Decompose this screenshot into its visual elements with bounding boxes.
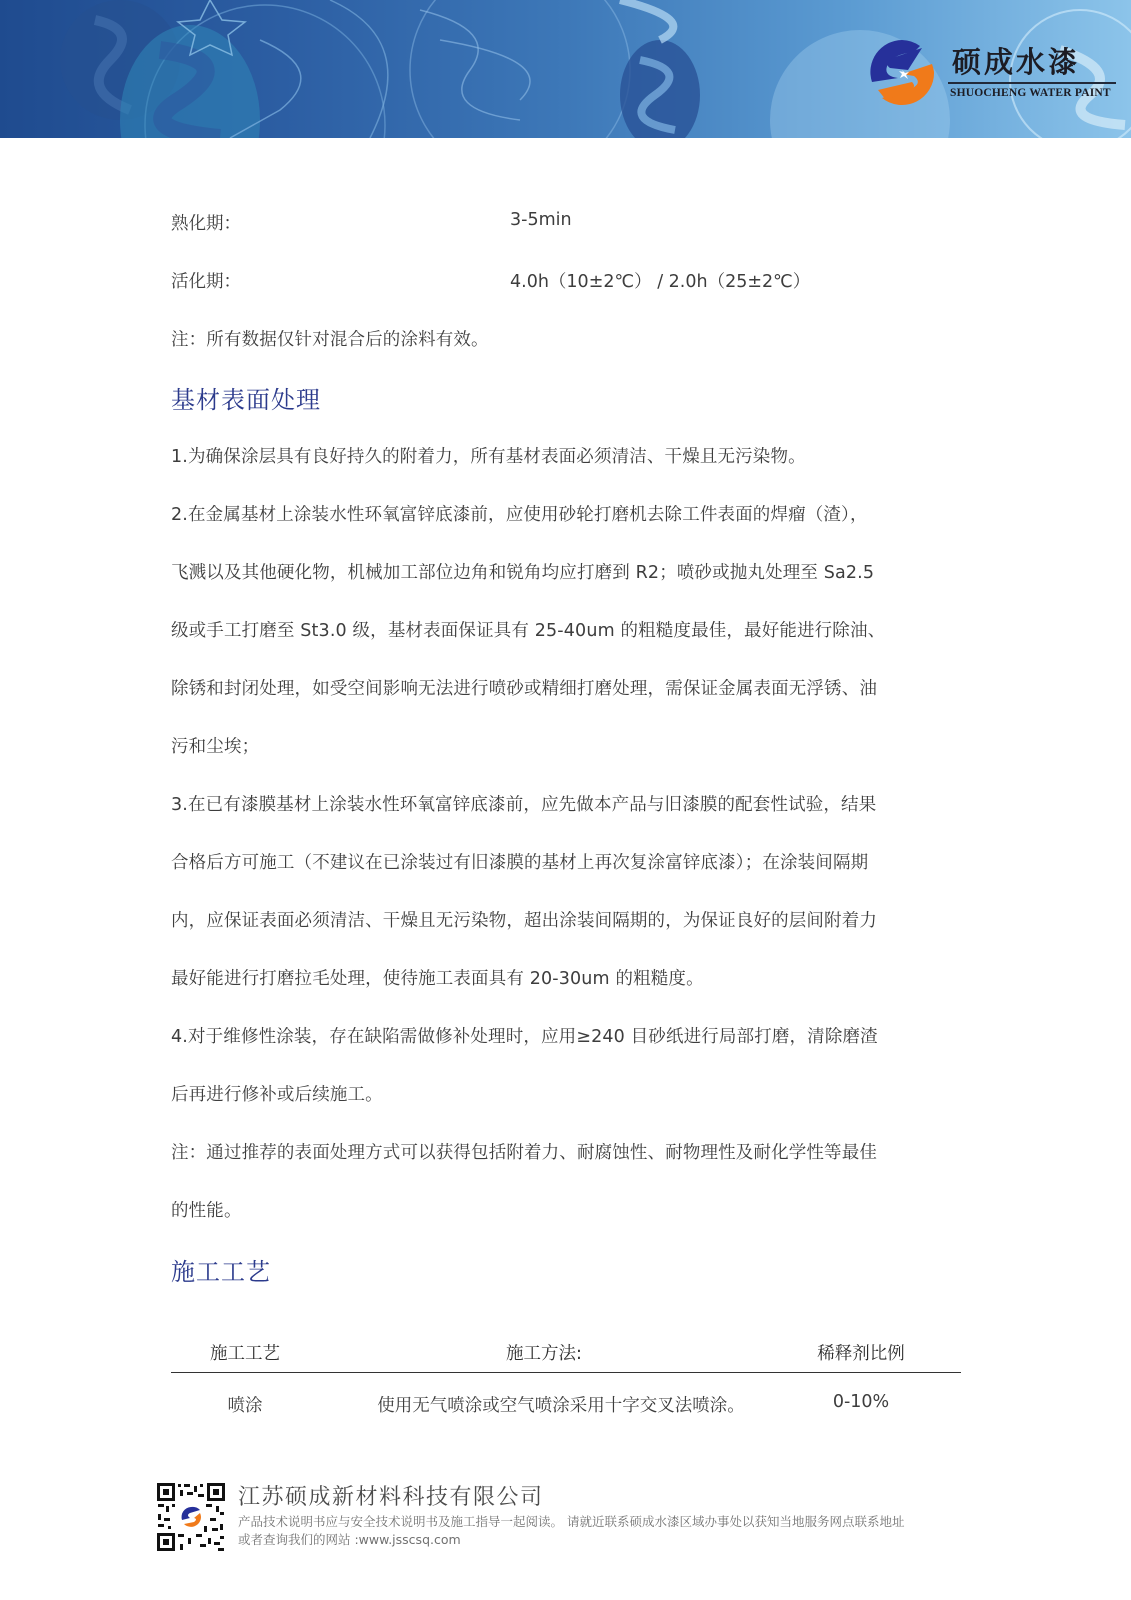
table-cell: 使用无气喷涂或空气喷涂采用十字交叉法喷涂。	[377, 1392, 745, 1417]
spec-label: 熟化期：	[171, 210, 241, 235]
logo-divider	[948, 82, 1116, 84]
brand-logo: 硕成水漆 SHUOCHENG WATER PAINT	[868, 36, 1118, 112]
table-header-cell: 稀释剂比例	[817, 1340, 905, 1365]
paragraph-line: 4.对于维修性涂装，存在缺陷需做修补处理时，应用≥240 目砂纸进行局部打磨，清…	[171, 1023, 878, 1048]
spec-value: 3-5min	[510, 210, 572, 230]
table-header-cell: 施工工艺	[210, 1340, 280, 1365]
paragraph-line: 3.在已有漆膜基材上涂装水性环氧富锌底漆前，应先做本产品与旧漆膜的配套性试验，结…	[171, 791, 876, 816]
section-title-construction: 施工工艺	[171, 1252, 271, 1287]
table-row: 喷涂 使用无气喷涂或空气喷涂采用十字交叉法喷涂。 0-10%	[171, 1392, 961, 1422]
shuocheng-logo-icon	[868, 38, 936, 106]
footer-website-link[interactable]: 或者查询我们的网站 :www.jsscsq.com	[238, 1530, 461, 1548]
header-banner: 硕成水漆 SHUOCHENG WATER PAINT	[0, 0, 1131, 138]
paragraph-line: 2.在金属基材上涂装水性环氧富锌底漆前，应使用砂轮打磨机去除工件表面的焊瘤（渣）…	[171, 501, 868, 526]
section-title-surface-treatment: 基材表面处理	[171, 380, 321, 415]
specs-note: 注：所有数据仅针对混合后的涂料有效。	[171, 326, 489, 351]
table-header-cell: 施工方法:	[506, 1340, 582, 1365]
table-header-row: 施工工艺 施工方法: 稀释剂比例	[171, 1340, 961, 1373]
paragraph-line: 级或手工打磨至 St3.0 级，基材表面保证具有 25-40um 的粗糙度最佳，…	[171, 617, 885, 642]
paragraph-line: 最好能进行打磨拉毛处理，使待施工表面具有 20-30um 的粗糙度。	[171, 965, 704, 990]
paragraph-line: 的性能。	[171, 1197, 242, 1222]
spec-value: 4.0h（10±2℃） / 2.0h（25±2℃）	[510, 268, 810, 293]
logo-chinese-name: 硕成水漆	[952, 40, 1080, 81]
footer-note-line-1: 产品技术说明书应与安全技术说明书及施工指导一起阅读。 请就近联系硕成水漆区域办事…	[238, 1512, 904, 1530]
paragraph-line: 内，应保证表面必须清洁、干燥且无污染物，超出涂装间隔期的，为保证良好的层间附着力	[171, 907, 877, 932]
paragraph-line: 1.为确保涂层具有良好持久的附着力，所有基材表面必须清洁、干燥且无污染物。	[171, 443, 806, 468]
paragraph-line: 飞溅以及其他硬化物，机械加工部位边角和锐角均应打磨到 R2；喷砂或抛丸处理至 S…	[171, 559, 874, 584]
paragraph-line: 后再进行修补或后续施工。	[171, 1081, 383, 1106]
paragraph-line: 注：通过推荐的表面处理方式可以获得包括附着力、耐腐蚀性、耐物理性及耐化学性等最佳	[171, 1139, 877, 1164]
table-cell: 0-10%	[833, 1392, 889, 1412]
paragraph-line: 除锈和封闭处理，如受空间影响无法进行喷砂或精细打磨处理，需保证金属表面无浮锈、油	[171, 675, 877, 700]
logo-english-name: SHUOCHENG WATER PAINT	[950, 87, 1111, 99]
paragraph-line: 污和尘埃；	[171, 733, 259, 758]
spec-label: 活化期：	[171, 268, 241, 293]
qr-code-icon	[156, 1482, 226, 1552]
paragraph-line: 合格后方可施工（不建议在已涂装过有旧漆膜的基材上再次复涂富锌底漆）；在涂装间隔期	[171, 849, 868, 874]
table-cell: 喷涂	[228, 1392, 263, 1417]
company-name: 江苏硕成新材料科技有限公司	[238, 1480, 544, 1511]
